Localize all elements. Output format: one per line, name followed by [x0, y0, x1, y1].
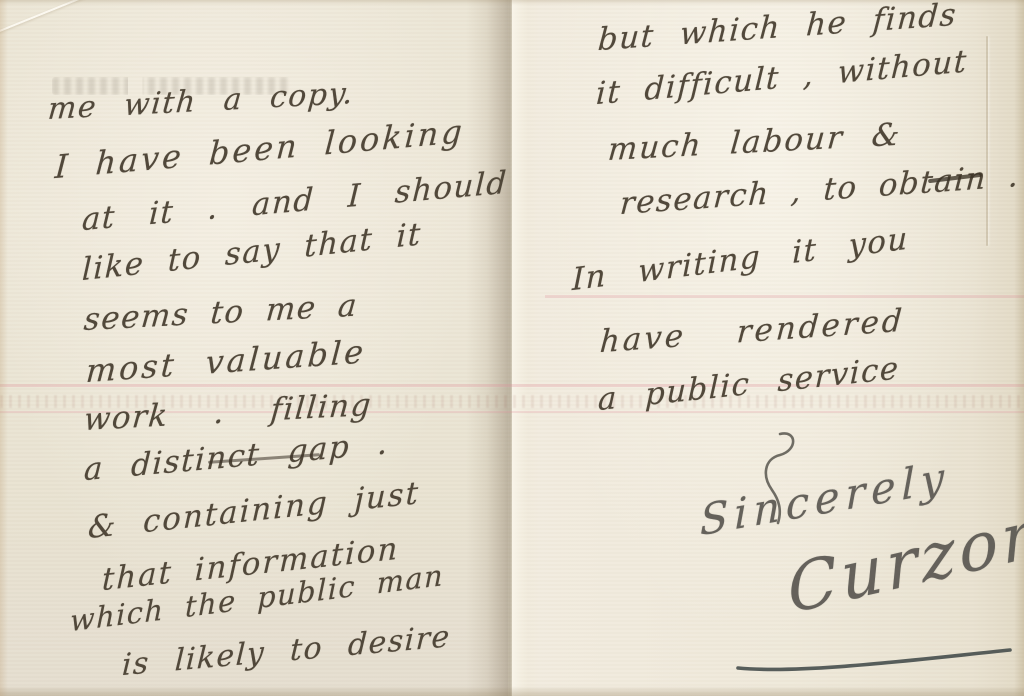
letter-scan: me with a copy. I have been looking at i… — [0, 0, 1024, 696]
page-fold-highlight — [512, 0, 528, 696]
page-fold-shadow — [466, 0, 512, 696]
paper-crease — [986, 36, 988, 246]
paper-edge — [0, 686, 1024, 696]
paper-edge — [1014, 0, 1024, 696]
signature-underline — [732, 638, 1018, 678]
paper-edge — [0, 0, 8, 696]
